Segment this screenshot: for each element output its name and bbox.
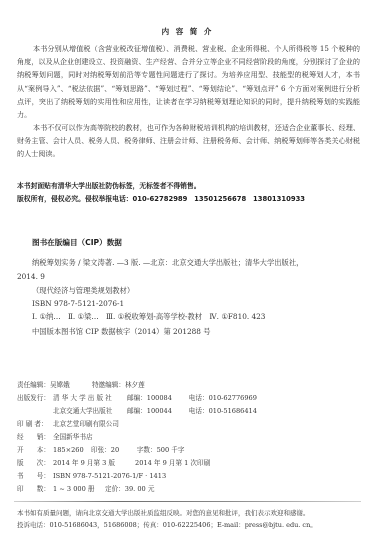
edition-value: 2014 年 9 月第 3 版 bbox=[53, 460, 135, 467]
credit-format: 开 本：185×260印张：20字数：500 千字 bbox=[17, 447, 184, 454]
phone-label-2: 电话： bbox=[189, 407, 209, 415]
isbn-label: 书 号： bbox=[17, 473, 53, 480]
summary-title: 内 容 简 介 bbox=[0, 28, 375, 36]
phone-2: 010-51686414 bbox=[209, 407, 257, 415]
credit-publisher-2: 北京交通大学出版社邮编：100044电话：010-51686414 bbox=[17, 408, 257, 415]
divider-rule bbox=[14, 501, 361, 502]
words-label: 字数： bbox=[137, 446, 157, 454]
copies-label: 印 数： bbox=[17, 486, 53, 493]
cip-line-classification: Ⅰ. ①纳… Ⅱ. ①梁… Ⅲ. ①税收筹划-高等学校-教材 Ⅳ. ①F810.… bbox=[32, 313, 265, 320]
words-value: 500 千字 bbox=[157, 446, 185, 454]
postcode-1: 100084 bbox=[147, 395, 177, 402]
anti-counterfeit-notice: 本书封面贴有清华大学出版社防伪标签，无标签者不得销售。 bbox=[17, 183, 201, 190]
contact-info: 投诉电话：010-51686043，51686008；传真：010-622254… bbox=[17, 522, 317, 529]
phone-1: 010-62776969 bbox=[209, 394, 257, 402]
summary-paragraph-1: 本书分别从增值税（含营业税改征增值税）、消费税、营业税、企业所得税、个人所得税等… bbox=[17, 42, 360, 121]
summary-paragraph-2: 本书不仅可以作为高等院校的教材，也可作为各种财税培训机构的培训教材，还适合企业董… bbox=[17, 121, 360, 161]
printer-label: 印 刷 者： bbox=[17, 421, 53, 428]
publisher-label: 出版发行： bbox=[17, 395, 53, 402]
sheets-value: 20 bbox=[111, 447, 137, 454]
postcode-label-1: 邮编： bbox=[127, 394, 147, 402]
copyright-notice: 版权所有，侵权必究。侵权举报电话：010-62782989 1350125667… bbox=[17, 196, 305, 203]
edition-label: 版 次： bbox=[17, 460, 53, 467]
cip-heading: 图书在版编目（CIP）数据 bbox=[32, 239, 122, 247]
credit-publisher-1: 出版发行：清 华 大 学 出 版 社邮编：100084电话：010-627769… bbox=[17, 395, 257, 402]
format-value: 185×260 bbox=[53, 447, 91, 454]
postcode-2: 100044 bbox=[147, 408, 177, 415]
distributor-name: 全国新华书店 bbox=[53, 433, 93, 441]
publisher-name-1: 清 华 大 学 出 版 社 bbox=[53, 395, 115, 402]
distributor-label: 经 销： bbox=[17, 434, 53, 441]
credit-isbn: 书 号：ISBN 978-7-5121-2076-1/F · 1413 bbox=[17, 473, 166, 480]
sheets-label: 印张： bbox=[91, 446, 111, 454]
cip-line-data-number: 中国版本图书馆 CIP 数据核字（2014）第 201288 号 bbox=[32, 328, 211, 335]
publisher-name-2: 北京交通大学出版社 bbox=[53, 408, 115, 415]
isbn-value: ISBN 978-7-5121-2076-1/F · 1413 bbox=[53, 472, 166, 480]
postcode-label-2: 邮编： bbox=[127, 407, 147, 415]
special-editor-label: 特邀编辑： bbox=[92, 381, 125, 389]
printer-name: 北京艺堂印刷有限公司 bbox=[53, 420, 119, 428]
format-label: 开 本： bbox=[17, 447, 53, 454]
editor-name: 吴嫦娥 bbox=[50, 381, 70, 389]
credit-printer: 印 刷 者：北京艺堂印刷有限公司 bbox=[17, 421, 119, 428]
special-editor-name: 林夕莲 bbox=[125, 381, 145, 389]
credit-copies: 印 数：1 ~ 3 000 册定价：39. 00 元 bbox=[17, 486, 154, 493]
phone-label-1: 电话： bbox=[189, 394, 209, 402]
editor-label: 责任编辑： bbox=[17, 381, 50, 389]
credit-editors: 责任编辑：吴嫦娥 特邀编辑：林夕莲 bbox=[17, 382, 145, 389]
credit-distributor: 经 销：全国新华书店 bbox=[17, 434, 93, 441]
cip-line-title: 纳税筹划实务 / 梁文涛著. —3 版. —北京：北京交通大学出版社；清华大学出… bbox=[32, 259, 303, 266]
price-value: 39. 00 元 bbox=[125, 485, 155, 493]
feedback-notice: 本书如有质量问题，请向北京交通大学出版社质监组反映。对您的意见和批评，我们表示欢… bbox=[17, 510, 310, 517]
copies-value: 1 ~ 3 000 册 bbox=[53, 486, 105, 493]
cip-line-isbn: ISBN 978-7-5121-2076-1 bbox=[32, 300, 124, 307]
credit-edition: 版 次：2014 年 9 月第 3 版2014 年 9 月第 1 次印刷 bbox=[17, 460, 210, 467]
cip-line-series: （现代经济与管理类规划教材） bbox=[32, 287, 134, 294]
printing-value: 2014 年 9 月第 1 次印刷 bbox=[135, 459, 210, 467]
cip-line-year: 2014. 9 bbox=[17, 273, 45, 280]
price-label: 定价： bbox=[105, 485, 125, 493]
